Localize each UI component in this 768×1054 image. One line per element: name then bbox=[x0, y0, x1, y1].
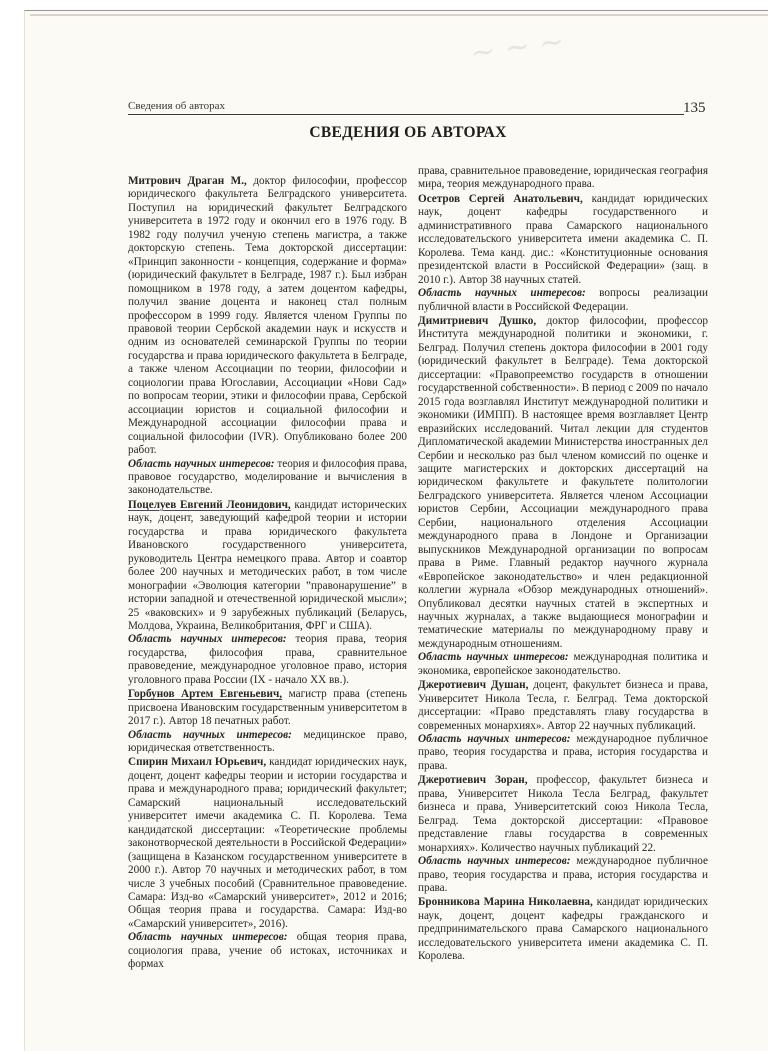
author-bio: кандидат исторических наук, доцент, заве… bbox=[128, 499, 407, 632]
running-header: Сведения об авторах bbox=[128, 98, 684, 115]
author-name: Спирин Михаил Юрьевич, bbox=[128, 756, 266, 768]
author-bio: кандидат юридических наук, доцент кафедр… bbox=[418, 193, 708, 286]
author-entry: Митрович Драган М., доктор философии, пр… bbox=[128, 175, 407, 498]
interests-label: Область научных интересов: bbox=[128, 633, 287, 645]
author-bio: доктор философии, профессор юридического… bbox=[128, 175, 407, 456]
right-column: права, сравнительное правоведение, юриди… bbox=[418, 165, 708, 965]
author-name: Горбунов Артем Евгеньевич, bbox=[128, 688, 282, 700]
interests-label: Область научных интересов: bbox=[128, 729, 292, 741]
interests-label: Область научных интересов: bbox=[418, 733, 570, 745]
author-name: Джеротиевич Зоран, bbox=[418, 774, 528, 786]
page-number: 135 bbox=[683, 100, 706, 117]
author-bio: кандидат юридических наук, доцент, доцен… bbox=[128, 756, 407, 929]
author-entry: Димитриевич Душко, доктор философии, про… bbox=[418, 315, 708, 678]
author-name: Бронникова Марина Николаевна, bbox=[418, 896, 593, 908]
author-name: Джеротиевич Душан, bbox=[418, 679, 528, 691]
interests-label: Область научных интересов: bbox=[418, 855, 570, 867]
running-title: Сведения об авторах bbox=[128, 100, 225, 112]
interests-label: Область научных интересов: bbox=[418, 287, 586, 299]
author-name: Митрович Драган М., bbox=[128, 175, 247, 187]
page-title: СВЕДЕНИЯ ОБ АВТОРАХ bbox=[0, 124, 768, 142]
author-name: Осетров Сергей Анатольевич, bbox=[418, 193, 583, 205]
author-name: Поцелуев Евгений Леонидович, bbox=[128, 499, 291, 511]
continued-text: права, сравнительное правоведение, юриди… bbox=[418, 165, 708, 192]
author-entry: Джеротиевич Зоран, профессор, факультет … bbox=[418, 774, 708, 895]
author-name: Димитриевич Душко, bbox=[418, 315, 536, 327]
author-entry: Горбунов Артем Евгеньевич, магистр права… bbox=[128, 688, 407, 755]
page-edge bbox=[30, 14, 768, 16]
author-bio: доктор философии, профессор Института ме… bbox=[418, 315, 708, 650]
author-entry: Поцелуев Евгений Леонидович, кандидат ис… bbox=[128, 499, 407, 687]
author-entry: Спирин Михаил Юрьевич, кандидат юридичес… bbox=[128, 756, 407, 971]
author-entry: Бронникова Марина Николаевна, кандидат ю… bbox=[418, 896, 708, 963]
left-column: Митрович Драган М., доктор философии, пр… bbox=[128, 175, 407, 973]
author-entry: Джеротиевич Душан, доцент, факультет биз… bbox=[418, 679, 708, 773]
interests-label: Область научных интересов: bbox=[418, 651, 569, 663]
author-entry: Осетров Сергей Анатольевич, кандидат юри… bbox=[418, 193, 708, 314]
interests-label: Область научных интересов: bbox=[128, 458, 275, 470]
interests-label: Область научных интересов: bbox=[128, 931, 288, 943]
